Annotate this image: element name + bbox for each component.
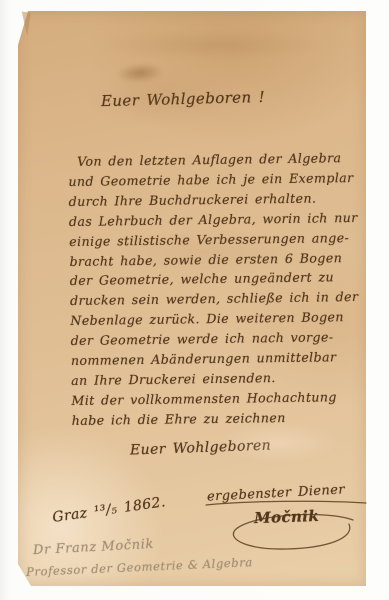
body-line: und Geometrie habe ich je ein Exemplar <box>68 168 368 192</box>
valediction-underline <box>204 498 368 508</box>
body-line: Mit der vollkommensten Hochachtung <box>71 387 371 411</box>
body-line: habe ich die Ehre zu zeichnen <box>72 407 372 431</box>
letter-photograph: Euer Wohlgeboren ! Von den letzten Aufla… <box>0 0 389 600</box>
letter-body: Von den letzten Auflagen der Algebra und… <box>68 148 372 431</box>
signature-flourish <box>227 512 361 556</box>
body-line: nommenen Abänderungen unmittelbar <box>71 347 371 371</box>
ink-bleedthrough <box>95 32 325 58</box>
faded-smudge <box>115 61 164 84</box>
